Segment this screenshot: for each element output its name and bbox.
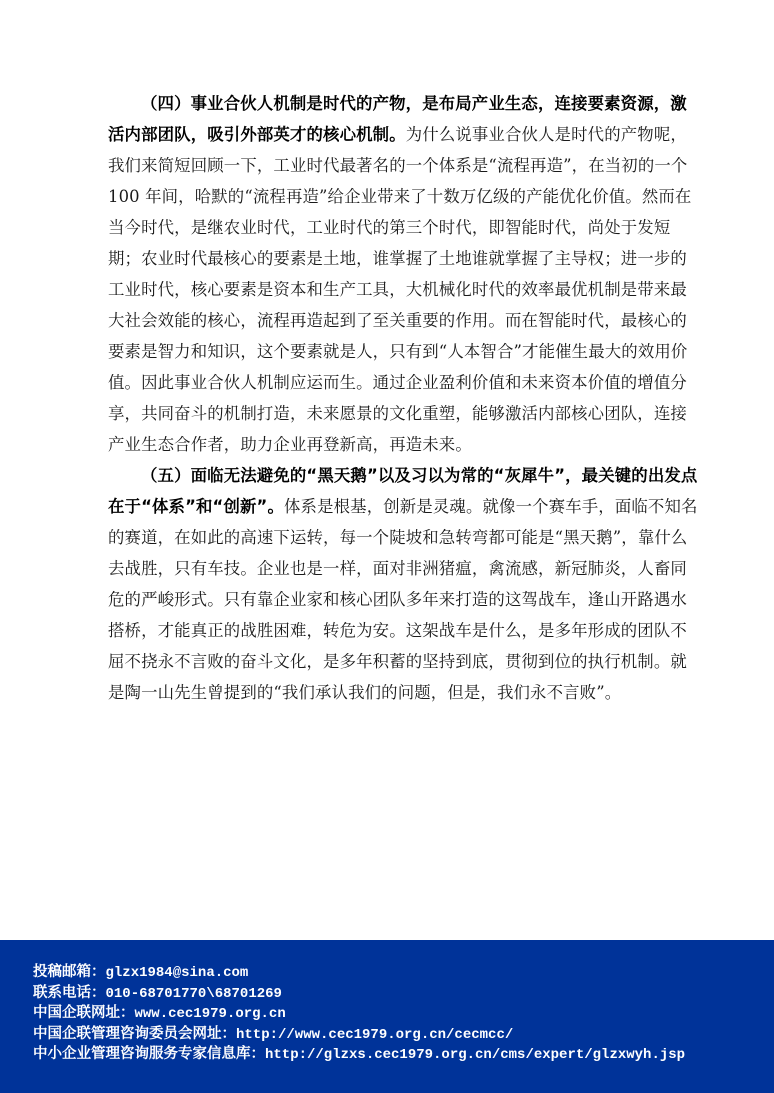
text-line: 的赛道，在如此的高速下运转，每一个陡坡和急转弯都可能是“黑天鹅”，靠什么 [108,522,668,553]
text-line: 危的严峻形式。只有靠企业家和核心团队多年来打造的这驾战车，逢山开路遇水 [108,584,668,615]
contact-website: 中国企联网址：www.cec1979.org.cn [33,1003,685,1024]
text-line: 活内部团队，吸引外部英才的核心机制。为什么说事业合伙人是时代的产物呢， [108,119,668,150]
body-text: 值。因此事业合伙人机制应运而生。通过企业盈利价值和未来资本价值的增值分 [108,373,687,392]
text-line: 去战胜，只有车技。企业也是一样，面对非洲猪瘟，禽流感，新冠肺炎，人畜同 [108,553,668,584]
text-line: 屈不挠永不言败的奋斗文化，是多年积蓄的坚持到底，贯彻到位的执行机制。就 [108,646,668,677]
body-text: 工业时代，核心要素是资本和生产工具，大机械化时代的效率最优机制是带来最 [108,280,687,299]
body-text: 体系是根基，创新是灵魂。就像一个赛车手，面临不知名 [284,497,698,516]
paragraph-section-4: （四）事业合伙人机制是时代的产物，是布局产业生态，连接要素资源，激 活内部团队，… [108,88,668,460]
body-text: 享，共同奋斗的机制打造，未来愿景的文化重塑，能够激活内部核心团队，连接 [108,404,687,423]
body-text: 产业生态合作者，助力企业再登新高，再造未来。 [108,435,472,454]
contact-label: 中国企联管理咨询委员会网址： [33,1026,236,1042]
contact-phone: 联系电话：010-68701770\68701269 [33,983,685,1004]
body-text: 搭桥，才能真正的战胜困难，转危为安。这架战车是什么，是多年形成的团队不 [108,621,687,640]
text-line: 期；农业时代最核心的要素是土地，谁掌握了土地谁就掌握了主导权；进一步的 [108,243,668,274]
email-link[interactable]: glzx1984@sina.com [106,965,249,981]
text-line: 要素是智力和知识，这个要素就是人，只有到“人本智合”才能催生最大的效用价 [108,336,668,367]
contact-expert-database: 中小企业管理咨询服务专家信息库：http://glzxs.cec1979.org… [33,1044,685,1065]
body-text: 100 年间，哈默的“流程再造”给企业带来了十数万亿级的产能优化价值。然而在 [108,187,691,206]
expert-database-link[interactable]: http://glzxs.cec1979.org.cn/cms/expert/g… [265,1047,685,1063]
text-line: 是陶一山先生曾提到的“我们承认我们的问题，但是，我们永不言败”。 [108,677,668,708]
contact-committee-website: 中国企联管理咨询委员会网址：http://www.cec1979.org.cn/… [33,1024,685,1045]
bold-heading-text: 活内部团队，吸引外部英才的核心机制。 [108,125,406,144]
text-line: （五）面临无法避免的“黑天鹅”以及习以为常的“灰犀牛”，最关键的出发点 [108,460,668,491]
bold-heading-text: 在于“体系”和“创新”。 [108,497,284,516]
contact-footer: 投稿邮箱：glzx1984@sina.com 联系电话：010-68701770… [0,940,774,1093]
body-text: 屈不挠永不言败的奋斗文化，是多年积蓄的坚持到底，贯彻到位的执行机制。就 [108,652,687,671]
body-text: 大社会效能的核心，流程再造起到了至关重要的作用。而在智能时代，最核心的 [108,311,687,330]
committee-website-link[interactable]: http://www.cec1979.org.cn/cecmcc/ [236,1027,513,1043]
text-line: 享，共同奋斗的机制打造，未来愿景的文化重塑，能够激活内部核心团队，连接 [108,398,668,429]
contact-email: 投稿邮箱：glzx1984@sina.com [33,962,685,983]
bold-heading-text: （四）事业合伙人机制是时代的产物，是布局产业生态，连接要素资源，激 [141,94,687,113]
text-line: 产业生态合作者，助力企业再登新高，再造未来。 [108,429,668,460]
bold-heading-text: （五）面临无法避免的“黑天鹅”以及习以为常的“灰犀牛”，最关键的出发点 [141,466,697,485]
contact-label: 投稿邮箱： [33,964,106,980]
body-text: 去战胜，只有车技。企业也是一样，面对非洲猪瘟，禽流感，新冠肺炎，人畜同 [108,559,687,578]
text-line: 我们来简短回顾一下，工业时代最著名的一个体系是“流程再造”，在当初的一个 [108,150,668,181]
paragraph-section-5: （五）面临无法避免的“黑天鹅”以及习以为常的“灰犀牛”，最关键的出发点 在于“体… [108,460,668,708]
text-line: 工业时代，核心要素是资本和生产工具，大机械化时代的效率最优机制是带来最 [108,274,668,305]
body-text: 当今时代，是继农业时代，工业时代的第三个时代，即智能时代，尚处于发短 [108,218,670,237]
text-line: （四）事业合伙人机制是时代的产物，是布局产业生态，连接要素资源，激 [108,88,668,119]
body-text: 期；农业时代最核心的要素是土地，谁掌握了土地谁就掌握了主导权；进一步的 [108,249,687,268]
contact-label: 中国企联网址： [33,1005,135,1021]
body-text: 是陶一山先生曾提到的“我们承认我们的问题，但是，我们永不言败”。 [108,683,621,702]
contact-label: 中小企业管理咨询服务专家信息库： [33,1046,265,1062]
body-text: 为什么说事业合伙人是时代的产物呢， [406,125,687,144]
phone-number: 010-68701770\68701269 [106,986,282,1002]
website-link[interactable]: www.cec1979.org.cn [135,1006,286,1022]
body-text: 的赛道，在如此的高速下运转，每一个陡坡和急转弯都可能是“黑天鹅”，靠什么 [108,528,687,547]
text-line: 当今时代，是继农业时代，工业时代的第三个时代，即智能时代，尚处于发短 [108,212,668,243]
text-line: 100 年间，哈默的“流程再造”给企业带来了十数万亿级的产能优化价值。然而在 [108,181,668,212]
contact-list: 投稿邮箱：glzx1984@sina.com 联系电话：010-68701770… [33,962,685,1065]
text-line: 值。因此事业合伙人机制应运而生。通过企业盈利价值和未来资本价值的增值分 [108,367,668,398]
text-line: 搭桥，才能真正的战胜困难，转危为安。这架战车是什么，是多年形成的团队不 [108,615,668,646]
text-line: 在于“体系”和“创新”。体系是根基，创新是灵魂。就像一个赛车手，面临不知名 [108,491,668,522]
body-text: 要素是智力和知识，这个要素就是人，只有到“人本智合”才能催生最大的效用价 [108,342,687,361]
body-text: 危的严峻形式。只有靠企业家和核心团队多年来打造的这驾战车，逢山开路遇水 [108,590,687,609]
text-line: 大社会效能的核心，流程再造起到了至关重要的作用。而在智能时代，最核心的 [108,305,668,336]
contact-label: 联系电话： [33,985,106,1001]
article-body: （四）事业合伙人机制是时代的产物，是布局产业生态，连接要素资源，激 活内部团队，… [108,88,668,708]
body-text: 我们来简短回顾一下，工业时代最著名的一个体系是“流程再造”，在当初的一个 [108,156,687,175]
